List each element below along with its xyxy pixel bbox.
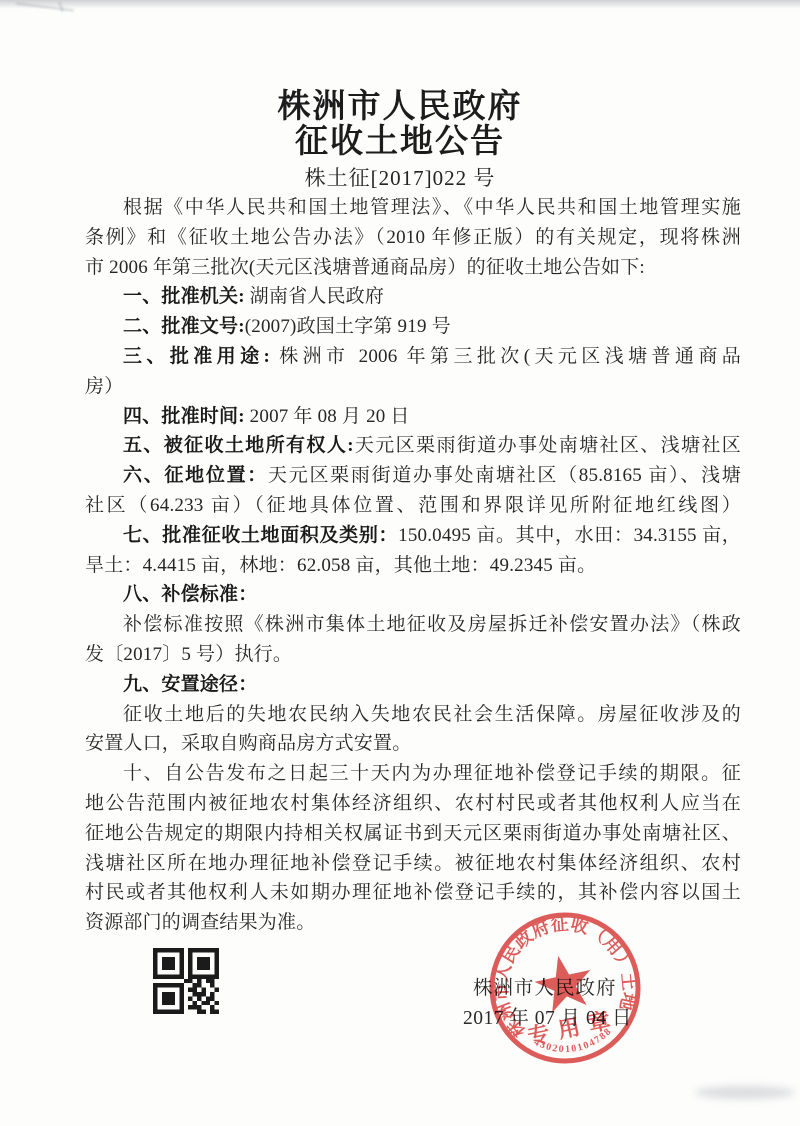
body-line: 征地公告规定的期限内持相关权属证书到天元区栗雨街道办事处南塘社区、 (85, 819, 741, 849)
body-line: 二、批准文号:(2007)政国土字第 919 号 (85, 312, 741, 342)
body-line: 征收土地后的失地农民纳入失地农民社会生活保障。房屋征收涉及的 (85, 700, 741, 730)
body-line: 四、批准时间: 2007 年 08 月 20 日 (85, 402, 741, 432)
body-text-segment: 征收土地后的失地农民纳入失地农民社会生活保障。房屋征收涉及的 (123, 704, 741, 725)
official-seal: 株洲市人民政府征收（用）土地公告 专用章 4302010104788 (470, 893, 660, 1083)
document-title: 征收土地公告 (0, 125, 800, 160)
body-line: 安置人口，采取自购商品房方式安置。 (85, 729, 741, 759)
scan-artifact (695, 1086, 795, 1099)
body-line: 社区（64.233 亩）（征地具体位置、范围和界限详见所附征地红线图） (85, 491, 741, 521)
body-text-segment: 房） (85, 376, 123, 397)
body-text-segment: 市 2006 年第三批次(天元区浅塘普通商品房）的征收土地公告如下: (85, 257, 645, 278)
item-label: 三、批准用途: (123, 346, 270, 367)
item-label: 四、批准时间: (123, 406, 245, 427)
body-text-segment: (2007)政国土字第 919 号 (245, 316, 451, 337)
body-text-segment: 株洲市 2006 年第三批次(天元区浅塘普通商品 (270, 346, 741, 367)
body-text-segment: 根据《中华人民共和国土地管理法》、《中华人民共和国土地管理实施 (123, 197, 741, 218)
body-line: 旱土：4.4415 亩，林地：62.058 亩，其他土地：49.2345 亩。 (85, 551, 741, 581)
item-label: 九、安置途径： (123, 674, 257, 695)
body-text-segment: 征地公告规定的期限内持相关权属证书到天元区栗雨街道办事处南塘社区、 (85, 823, 741, 844)
scanned-document-page: 株洲市人民政府 征收土地公告 株土征[2017]022 号 根据《中华人民共和国… (0, 0, 800, 1126)
body-line: 浅塘社区所在地办理征地补偿登记手续。被征地农村集体经济组织、农村 (85, 849, 741, 879)
body-line: 九、安置途径： (85, 670, 741, 700)
scan-edge-shadow (0, 0, 800, 9)
qr-code-icon (152, 948, 220, 1014)
item-label: 一、批准机关: (123, 286, 245, 307)
body-line: 一、批准机关: 湖南省人民政府 (85, 282, 741, 312)
body-text-segment: 天元区栗雨街道办事处南塘社区（85.8165 亩）、浅塘 (268, 465, 741, 486)
body-line: 七、批准征收土地面积及类别：150.0495 亩。其中，水田：34.3155 亩… (85, 521, 741, 551)
body-line: 五、被征收土地所有权人:天元区栗雨街道办事处南塘社区、浅塘社区 (85, 431, 741, 461)
body-text-segment: 资源部门的调查结果为准。 (85, 912, 315, 933)
body-text-segment: 条例》和《征收土地公告办法》（2010 年修正版）的有关规定，现将株洲 (85, 227, 741, 248)
body-line: 根据《中华人民共和国土地管理法》、《中华人民共和国土地管理实施 (85, 193, 741, 223)
body-text-segment: 旱土：4.4415 亩，林地：62.058 亩，其他土地：49.2345 亩。 (85, 555, 596, 576)
body-text-segment: 补偿标准按照《株洲市集体土地征收及房屋拆迁补偿安置办法》（株政 (123, 614, 741, 635)
body-text-segment: 浅塘社区所在地办理征地补偿登记手续。被征地农村集体经济组织、农村 (85, 853, 741, 874)
item-label: 六、征地位置： (123, 465, 268, 486)
body-line: 发〔2017〕5 号）执行。 (85, 640, 741, 670)
body-text-segment: 地公告范围内被征地农村集体经济组织、农村村民或者其他权利人应当在 (85, 793, 741, 814)
body-line: 市 2006 年第三批次(天元区浅塘普通商品房）的征收土地公告如下: (85, 253, 741, 283)
body-line: 补偿标准按照《株洲市集体土地征收及房屋拆迁补偿安置办法》（株政 (85, 610, 741, 640)
body-text-segment: 湖南省人民政府 (245, 286, 384, 307)
body-line: 房） (85, 372, 741, 402)
body-text-segment: 十、自公告发布之日起三十天内为办理征地补偿登记手续的期限。征 (123, 763, 741, 784)
body-line: 六、征地位置：天元区栗雨街道办事处南塘社区（85.8165 亩）、浅塘 (85, 461, 741, 491)
item-label: 五、被征收土地所有权人: (123, 435, 354, 456)
body-line: 条例》和《征收土地公告办法》（2010 年修正版）的有关规定，现将株洲 (85, 223, 741, 253)
body-text-segment: 150.0495 亩。其中，水田：34.3155 亩， (398, 525, 741, 546)
item-label: 七、批准征收土地面积及类别： (123, 525, 398, 546)
issuer-title: 株洲市人民政府 (0, 90, 800, 125)
body-text-segment: 2007 年 08 月 20 日 (245, 406, 410, 427)
body-line: 八、补偿标准： (85, 580, 741, 610)
item-label: 八、补偿标准： (123, 584, 257, 605)
body-text-segment: 社区（64.233 亩）（征地具体位置、范围和界限详见所附征地红线图） (85, 495, 741, 516)
seal-star-icon (530, 950, 597, 1015)
body-text-segment: 天元区栗雨街道办事处南塘社区、浅塘社区 (354, 435, 741, 456)
document-number: 株土征[2017]022 号 (0, 163, 800, 193)
body-line: 三、批准用途: 株洲市 2006 年第三批次(天元区浅塘普通商品 (85, 342, 741, 372)
body-lines: 根据《中华人民共和国土地管理法》、《中华人民共和国土地管理实施条例》和《征收土地… (85, 193, 741, 938)
document-header: 株洲市人民政府 征收土地公告 株土征[2017]022 号 (0, 90, 800, 193)
body-line: 地公告范围内被征地农村集体经济组织、农村村民或者其他权利人应当在 (85, 789, 741, 819)
item-label: 二、批准文号: (123, 316, 245, 337)
body-line: 十、自公告发布之日起三十天内为办理征地补偿登记手续的期限。征 (85, 759, 741, 789)
body-text-segment: 安置人口，采取自购商品房方式安置。 (85, 733, 411, 754)
body-text-segment: 发〔2017〕5 号）执行。 (85, 644, 292, 665)
